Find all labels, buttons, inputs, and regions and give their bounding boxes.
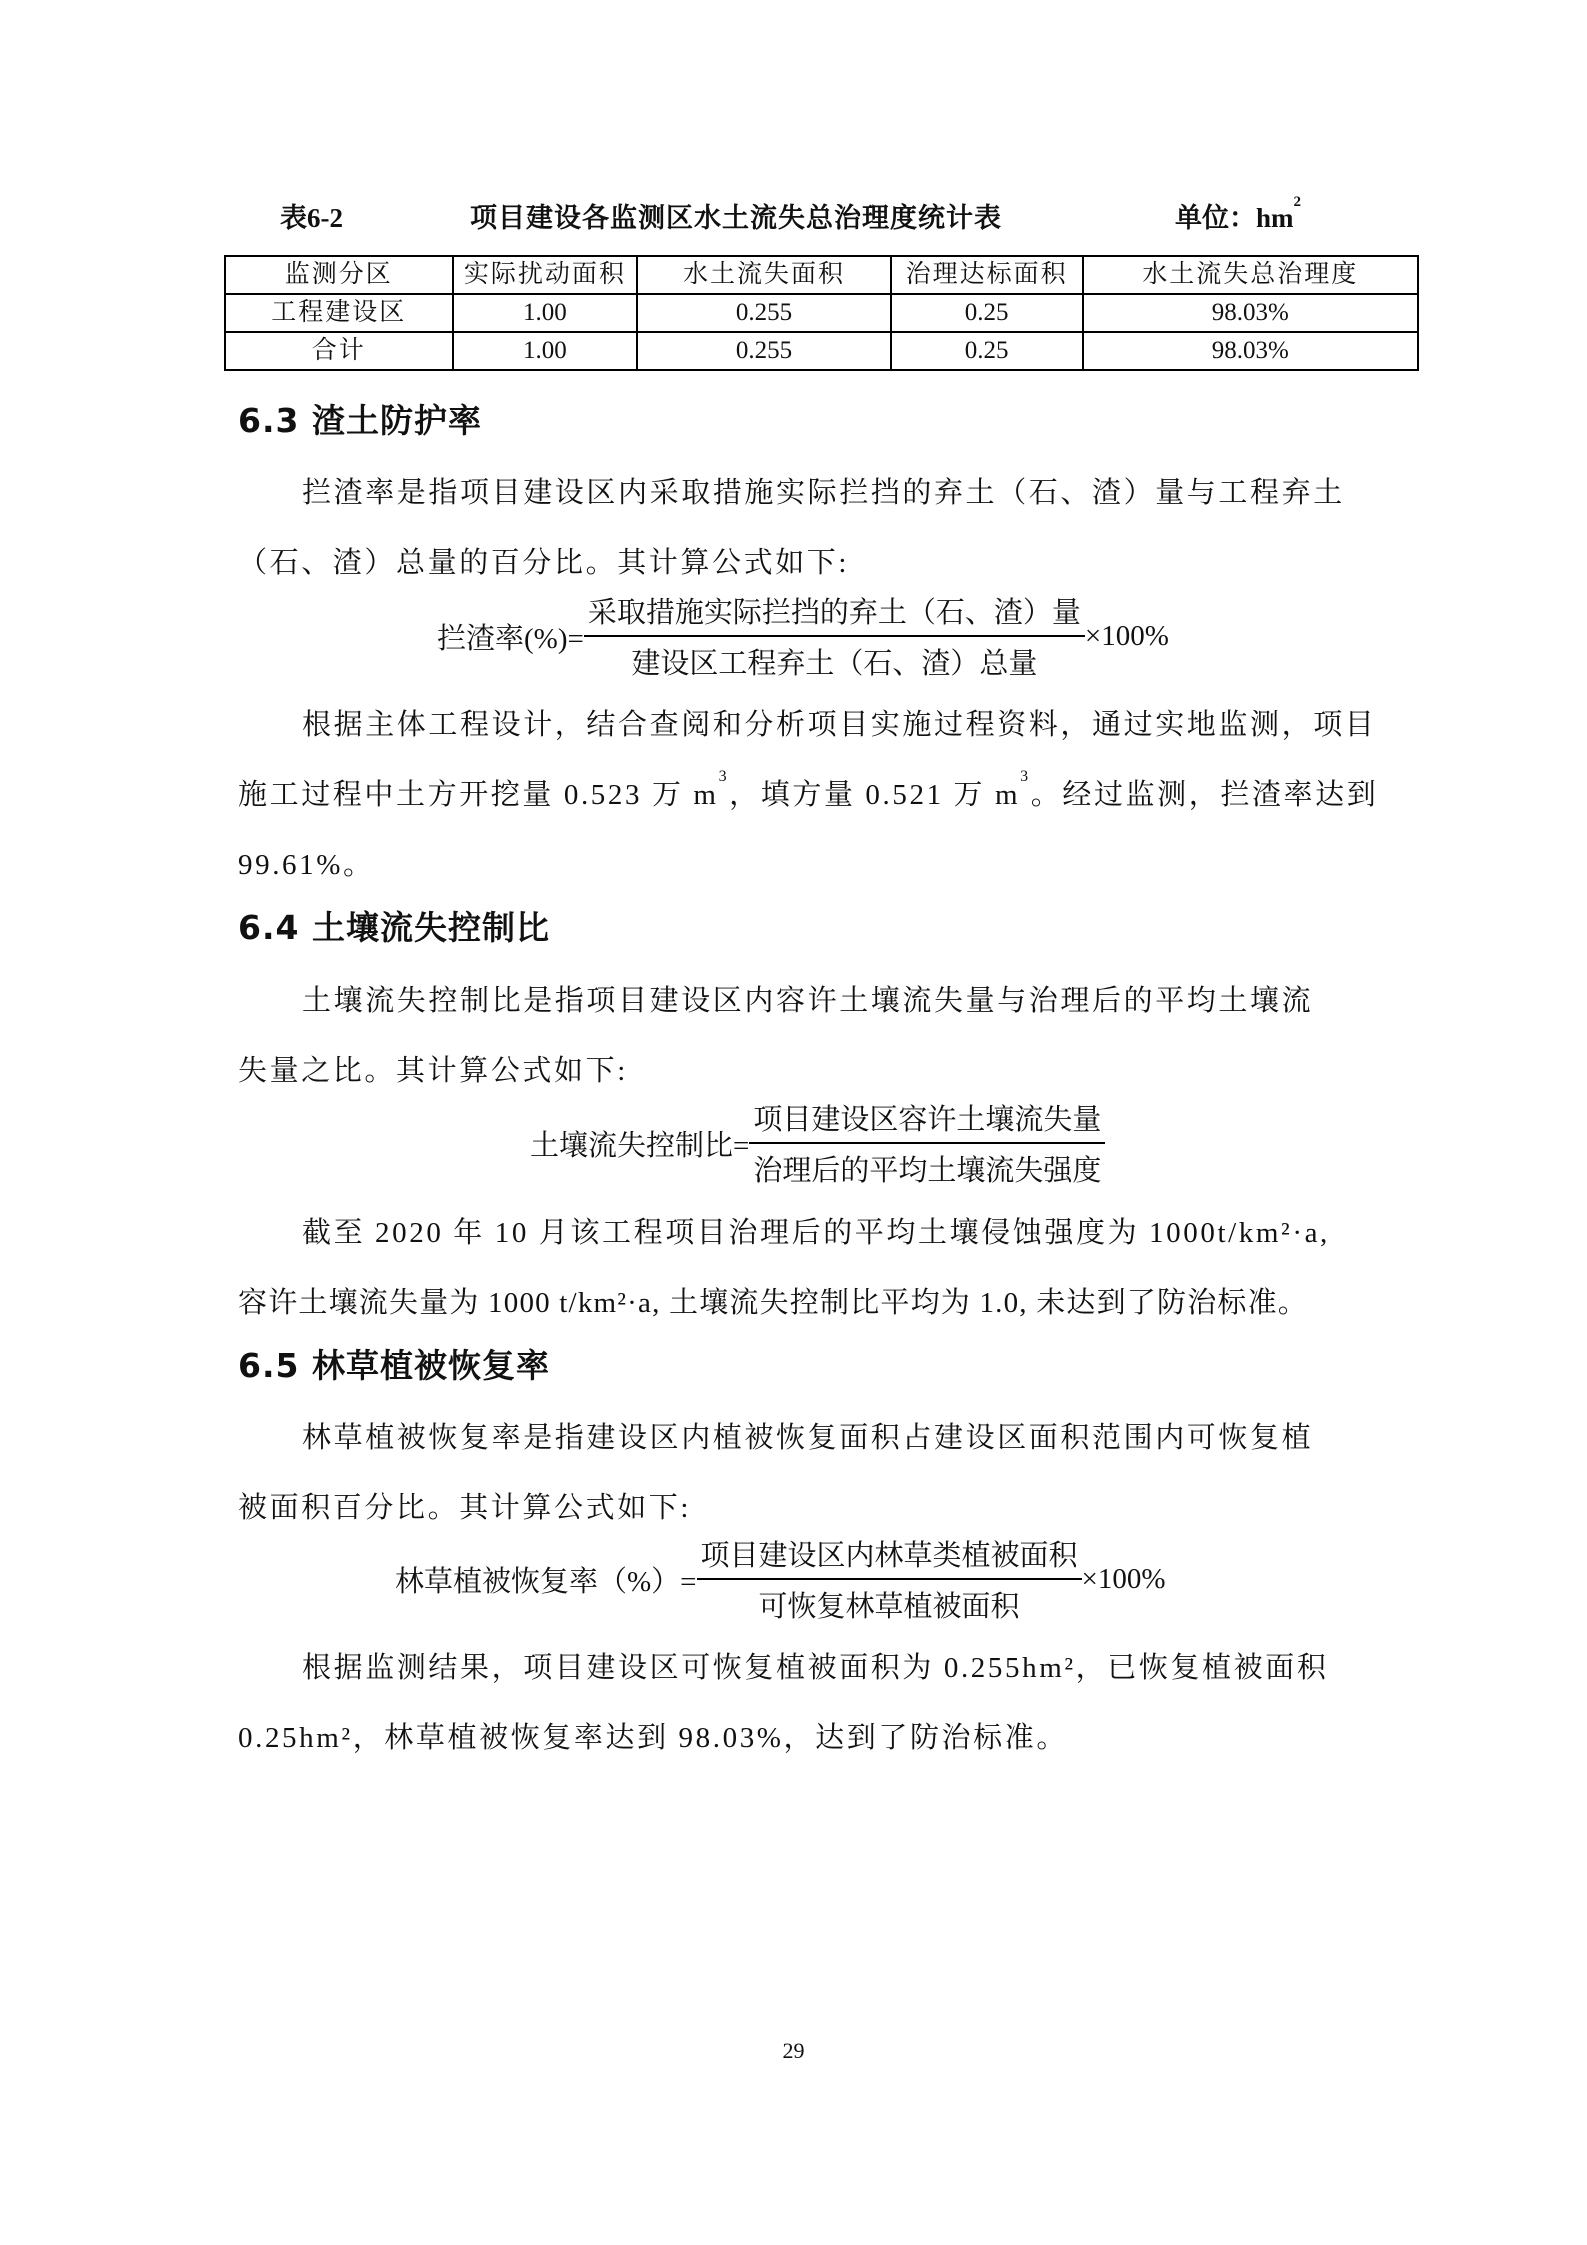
formula-lhs: 拦渣率(%)= [437, 616, 584, 657]
paragraph-line: 被面积百分比。其计算公式如下: [238, 1485, 1353, 1526]
formula-lhs: 土壤流失控制比= [530, 1123, 749, 1164]
table-unit: 单位：hm2 [1175, 196, 1301, 235]
table-cell: 98.03% [1083, 332, 1418, 370]
paragraph-line: 根据监测结果，项目建设区可恢复植被面积为 0.255hm²，已恢复植被面积 [302, 1645, 1417, 1686]
formula-denominator: 建设区工程弃土（石、渣）总量 [627, 637, 1041, 682]
table-row: 工程建设区 1.00 0.255 0.25 98.03% [225, 294, 1418, 332]
formula-denominator: 可恢复林草植被面积 [755, 1580, 1024, 1625]
table-cell: 0.25 [891, 332, 1083, 370]
table-cell: 1.00 [453, 294, 638, 332]
column-header: 监测分区 [225, 256, 453, 294]
table-cell: 0.25 [891, 294, 1083, 332]
formula-soil-loss-control-ratio: 土壤流失控制比= 项目建设区容许土壤流失量 治理后的平均土壤流失强度 [530, 1097, 1105, 1189]
paragraph-line: 容许土壤流失量为 1000 t/km²·a, 土壤流失控制比平均为 1.0, 未… [238, 1280, 1353, 1321]
formula-suffix: ×100% [1085, 620, 1169, 653]
page-number: 29 [0, 2038, 1587, 2064]
table-cell: 工程建设区 [225, 294, 453, 332]
section-heading-6-5: 6.5 林草植被恢复率 [238, 1340, 550, 1387]
formula-lhs: 林草植被恢复率（%）= [395, 1559, 697, 1600]
paragraph-line: 林草植被恢复率是指建设区内植被恢复面积占建设区面积范围内可恢复植 [302, 1415, 1417, 1456]
formula-fraction: 项目建设区内林草类植被面积 可恢复林草植被面积 [697, 1533, 1082, 1625]
table-cell: 0.255 [637, 332, 891, 370]
formula-numerator: 采取措施实际拦挡的弃土（石、渣）量 [584, 590, 1085, 637]
paragraph-line: 拦渣率是指项目建设区内采取措施实际拦挡的弃土（石、渣）量与工程弃土 [302, 470, 1417, 511]
paragraph-line: 0.25hm²，林草植被恢复率达到 98.03%，达到了防治标准。 [238, 1715, 1353, 1756]
table-cell: 合计 [225, 332, 453, 370]
paragraph-line: （石、渣）总量的百分比。其计算公式如下: [238, 540, 1353, 581]
paragraph-line: 99.61%。 [238, 842, 1353, 883]
table-header-row: 监测分区 实际扰动面积 水土流失面积 治理达标面积 水土流失总治理度 [225, 256, 1418, 294]
table-cell: 0.255 [637, 294, 891, 332]
column-header: 治理达标面积 [891, 256, 1083, 294]
table-title: 项目建设各监测区水土流失总治理度统计表 [470, 196, 1002, 235]
column-header: 水土流失总治理度 [1083, 256, 1418, 294]
formula-slag-rate: 拦渣率(%)= 采取措施实际拦挡的弃土（石、渣）量 建设区工程弃土（石、渣）总量… [437, 590, 1169, 682]
table-cell: 1.00 [453, 332, 638, 370]
formula-denominator: 治理后的平均土壤流失强度 [749, 1144, 1105, 1189]
formula-fraction: 项目建设区容许土壤流失量 治理后的平均土壤流失强度 [749, 1097, 1105, 1189]
formula-suffix: ×100% [1082, 1563, 1166, 1596]
statistics-table: 监测分区 实际扰动面积 水土流失面积 治理达标面积 水土流失总治理度 工程建设区… [224, 255, 1419, 371]
paragraph-line: 失量之比。其计算公式如下: [238, 1048, 1353, 1089]
formula-vegetation-recovery-rate: 林草植被恢复率（%）= 项目建设区内林草类植被面积 可恢复林草植被面积 ×100… [395, 1533, 1166, 1625]
formula-fraction: 采取措施实际拦挡的弃土（石、渣）量 建设区工程弃土（石、渣）总量 [584, 590, 1085, 682]
formula-numerator: 项目建设区内林草类植被面积 [697, 1533, 1082, 1580]
column-header: 实际扰动面积 [453, 256, 638, 294]
paragraph-line: 截至 2020 年 10 月该工程项目治理后的平均土壤侵蚀强度为 1000t/k… [302, 1210, 1417, 1251]
table-caption: 表6-2 项目建设各监测区水土流失总治理度统计表 单位：hm2 [0, 196, 1587, 236]
table-number: 表6-2 [280, 196, 343, 235]
paragraph-line: 土壤流失控制比是指项目建设区内容许土壤流失量与治理后的平均土壤流 [302, 978, 1417, 1019]
section-heading-6-3: 6.3 渣土防护率 [238, 395, 482, 442]
table-row: 合计 1.00 0.255 0.25 98.03% [225, 332, 1418, 370]
table-cell: 98.03% [1083, 294, 1418, 332]
column-header: 水土流失面积 [637, 256, 891, 294]
paragraph-line: 施工过程中土方开挖量 0.523 万 m3，填方量 0.521 万 m3。经过监… [238, 772, 1353, 813]
formula-numerator: 项目建设区容许土壤流失量 [749, 1097, 1105, 1144]
paragraph-line: 根据主体工程设计，结合查阅和分析项目实施过程资料，通过实地监测，项目 [302, 702, 1417, 743]
section-heading-6-4: 6.4 土壤流失控制比 [238, 902, 550, 949]
